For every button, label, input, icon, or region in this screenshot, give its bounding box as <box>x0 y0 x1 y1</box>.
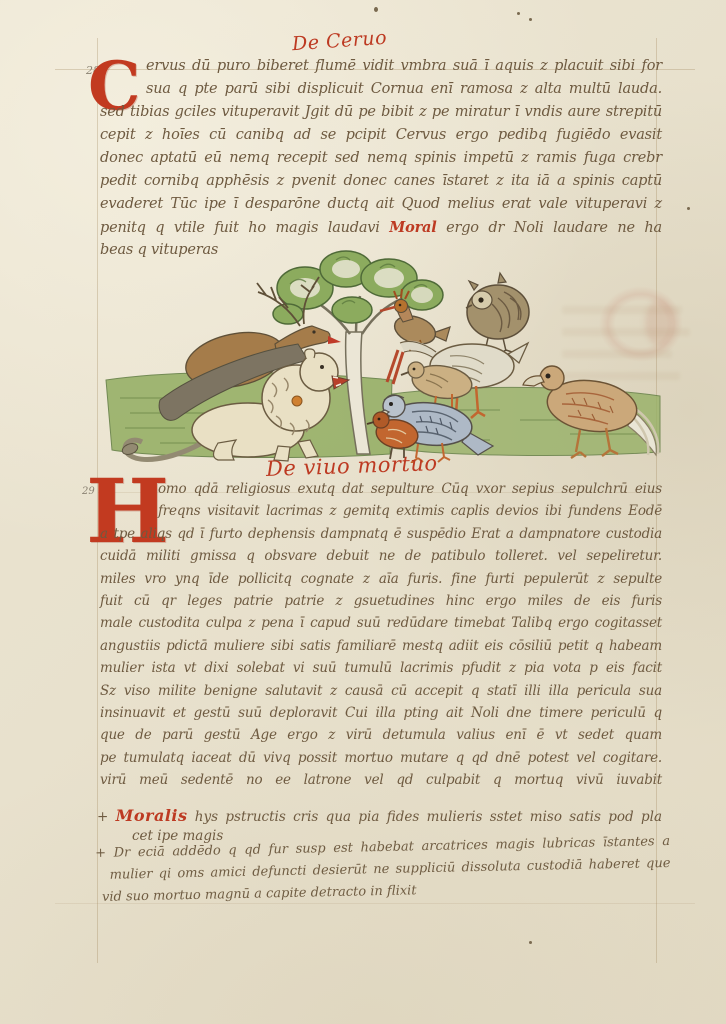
moralis-text: hys pstructis cris qua pia fides mulieri… <box>187 809 662 825</box>
cervo-line: evaderet Tūc ipe ī desparōne ductq ait Q… <box>100 196 662 219</box>
cervo-line: sed tibias gciles vituperavit Jgit dū pe… <box>100 104 662 127</box>
vivo-line: que de parū gestū Age ergo z virū detumu… <box>100 727 662 749</box>
ink-speck <box>517 12 520 15</box>
show-through-text <box>562 306 682 314</box>
vivo-line: virū meū sedentē no ee latrone vel qd cu… <box>100 772 662 794</box>
show-through-text <box>562 372 680 380</box>
vivo-line: angustiis pdictā muliere sibi satis fami… <box>100 638 662 660</box>
vivo-line: cuidā militi gmissa q obsvare debuit ne … <box>100 548 662 570</box>
rubric-moral: Moral <box>389 219 436 236</box>
paragraph-de-cervo: ervus dū puro biberet flumē vidit vmbra … <box>100 58 662 265</box>
moralis-line: + Moralis hys pstructis cris qua pia fid… <box>97 806 662 825</box>
ink-speck <box>687 207 690 210</box>
stag-tongue <box>328 336 341 344</box>
addendum-paragraph: + Dr eciā addēdo q qd fur susp est habeb… <box>95 834 671 912</box>
vivo-line: insinuavit et gestū suū deploravit Cui i… <box>100 705 662 727</box>
cervo-line: cepit z hoīes cū canibq ad se pcipit Cer… <box>100 127 662 150</box>
vivo-line: freqns visitavit lacrimas z gemitq extim… <box>100 503 662 525</box>
vivo-line: fuit cū qr leges patrie patrie z gsuetud… <box>100 593 662 615</box>
cervo-line-post: ergo dr Noli laudare ne ha <box>437 220 662 236</box>
cervo-line-moral: penitq q vtile fuit ho magis laudavi Mor… <box>100 219 662 242</box>
moralis-plus-mark: + <box>97 809 116 825</box>
owl <box>466 273 529 355</box>
heading-de-vivo-mortuo: De viuo mortuo <box>266 451 438 481</box>
vivo-line: omo qdā religiosus exutq dat sepulture C… <box>100 481 662 503</box>
vivo-line: miles vro ynq īde pollicitq cognate z aī… <box>100 571 662 593</box>
cervo-line: pedit cornibq apphēsis z pvenit donec ca… <box>100 173 662 196</box>
ink-speck <box>374 7 378 12</box>
ink-speck <box>529 18 532 21</box>
foliage-cluster <box>273 251 443 324</box>
cervo-line: sua q pte parū sibi displicuit Cornua en… <box>100 81 662 104</box>
vivo-line: Sz viso milite benigne salutavit z causā… <box>100 683 662 705</box>
show-through-text <box>562 350 672 358</box>
heading-de-cervo: De Ceruo <box>291 27 387 56</box>
moralis-tail-line: cet ipe magis <box>132 828 223 844</box>
vivo-line: a tpe aliqs qd ī furto dephensis dampnat… <box>100 526 662 548</box>
rubric-moralis: Moralis <box>116 806 188 825</box>
show-through-text <box>562 328 690 336</box>
lion-orange-spot <box>292 396 302 406</box>
vivo-line: pe tumulatq iaceat dū vivq possit mortuo… <box>100 750 662 772</box>
lion-head <box>300 353 338 391</box>
vivo-line: mulier ista vt dixi solebat vi suū tumul… <box>100 660 662 682</box>
cervo-line-pre: penitq q vtile fuit ho magis laudavi <box>100 220 389 236</box>
vivo-line: male custodita culpa z pena ī capud suū … <box>100 615 662 637</box>
cervo-line: ervus dū puro biberet flumē vidit vmbra … <box>100 58 662 81</box>
paragraph-de-vivo-mortuo: omo qdā religiosus exutq dat sepulture C… <box>100 481 662 794</box>
cervo-line: donec aptatū eū nemq recepit sed nemq sp… <box>100 150 662 173</box>
pheasant-beak <box>523 376 544 386</box>
ink-speck <box>529 941 532 944</box>
manuscript-page: { "page": { "folio_number": "28", "margi… <box>0 0 726 1024</box>
goose-bill <box>387 350 403 384</box>
